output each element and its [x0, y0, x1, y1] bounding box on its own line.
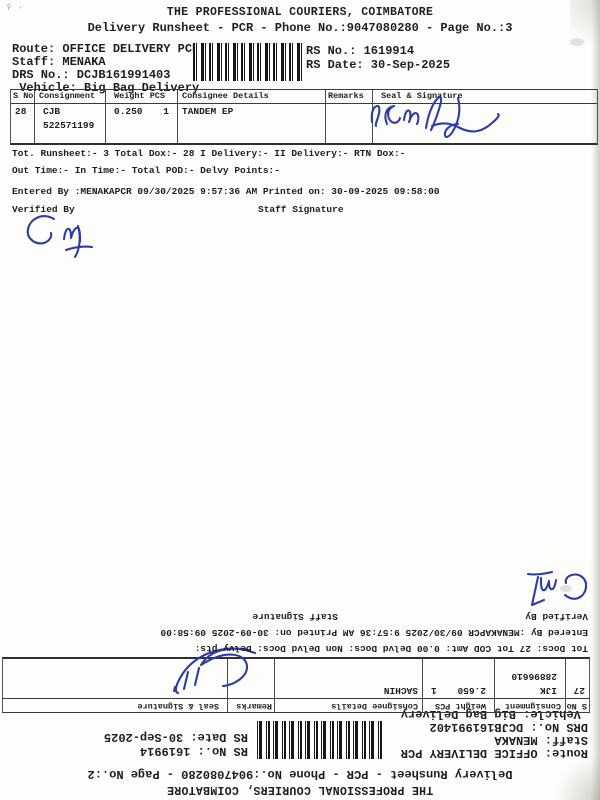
totals-line-2: Out Time:- In Time:- Total POD:- Delvy P…: [12, 165, 280, 176]
cell-s-no: 27: [565, 659, 589, 698]
header-weight-pcs: Weight PCS: [422, 699, 494, 712]
cell-consignment-no: IJK 28896610: [494, 659, 565, 698]
cell-consignee: TANDEM EP: [178, 104, 326, 143]
staff-signature-label: Staff Signature: [258, 204, 344, 215]
runsheet-subtitle: Delivery Runsheet - PCR - Phone No.:9047…: [0, 21, 600, 35]
rs-barcode: [193, 43, 303, 81]
header-consignment-no: Consignment No: [35, 90, 106, 103]
runsheet-page-2-rotated: THE PROFESSIONAL COURIERS, COIMBATORE De…: [0, 538, 600, 800]
header-consignee-details: Consignee Details: [178, 90, 326, 103]
rs-no: RS No.: 1619914: [104, 744, 248, 758]
cell-consignment-no: CJB 522571199: [35, 104, 106, 143]
rs-barcode: [255, 721, 382, 759]
cell-s-no: 28: [11, 104, 35, 143]
runsheet-page-3: THE PROFESSIONAL COURIERS, COIMBATORE De…: [0, 2, 600, 264]
header-s-no: S No: [565, 699, 589, 712]
cell-weight-pcs: 0.250 1: [106, 104, 178, 143]
consignment-table: S No Consignment No Weight PCS Consignee…: [2, 657, 590, 713]
route-info-block: Route: OFFICE DELIVERY PCR Staff: MENAKA…: [12, 43, 199, 95]
staff-signature-label: Staff Signature: [252, 611, 338, 622]
route-line: Route: OFFICE DELIVERY PCR: [401, 746, 588, 759]
cell-pcs: 1: [431, 659, 437, 697]
drs-no-line: DRS No.: DCJB161991402: [401, 720, 588, 733]
company-title: THE PROFESSIONAL COURIERS, COIMBATORE: [0, 6, 600, 19]
header-consignment-no: Consignment No: [494, 699, 565, 712]
staff-line: Staff: MENAKA: [401, 733, 588, 746]
table-row: 27 IJK 28896610 2.650 1 SACHIN: [3, 659, 589, 698]
header-s-no: S No: [11, 90, 35, 103]
company-title: THE PROFESSIONAL COURIERS, COIMBATORE: [0, 783, 600, 796]
rs-no: RS No.: 1619914: [306, 44, 450, 58]
rs-info-block: RS No.: 1619914 RS Date: 30-Sep-2025: [104, 730, 248, 758]
verified-by-label: Verified By: [525, 611, 588, 622]
cell-pcs: 1: [163, 105, 169, 143]
route-info-block: Route: OFFICE DELIVERY PCR Staff: MENAKA…: [401, 707, 588, 759]
cell-consignee: SACHIN: [274, 659, 422, 698]
rs-date: RS Date: 30-Sep-2025: [306, 58, 450, 72]
runsheet-subtitle: Delivery Runsheet - PCR - Phone No.:9047…: [0, 767, 600, 781]
seal-signature-ink: [362, 92, 510, 140]
header-consignee-details: Consignee Details: [274, 699, 422, 712]
rs-info-block: RS No.: 1619914 RS Date: 30-Sep-2025: [306, 44, 450, 72]
totals-line-1: Tot Docs: 27 Tot COD Amt: 0.00 Delvd Doc…: [195, 643, 588, 654]
verified-by-signature-ink: [20, 208, 108, 260]
table-header-row: S No Consignment No Weight PCS Consignee…: [3, 698, 589, 712]
cell-weight-pcs: 2.650 1: [422, 659, 494, 698]
entered-by-line: Entered By :MENAKAPCR 09/30/2025 9:57:36…: [160, 627, 588, 638]
verified-by-signature-ink: [520, 560, 592, 610]
entered-by-line: Entered By :MENAKAPCR 09/30/2025 9:57:36…: [12, 186, 440, 197]
rs-date: RS Date: 30-Sep-2025: [104, 730, 248, 744]
cell-weight: 0.250: [114, 105, 143, 143]
header-weight-pcs: Weight PCS: [106, 90, 178, 103]
totals-line-1: Tot. Runsheet:- 3 Total Dox:- 28 I Deliv…: [12, 148, 405, 159]
cell-weight: 2.650: [457, 659, 486, 697]
